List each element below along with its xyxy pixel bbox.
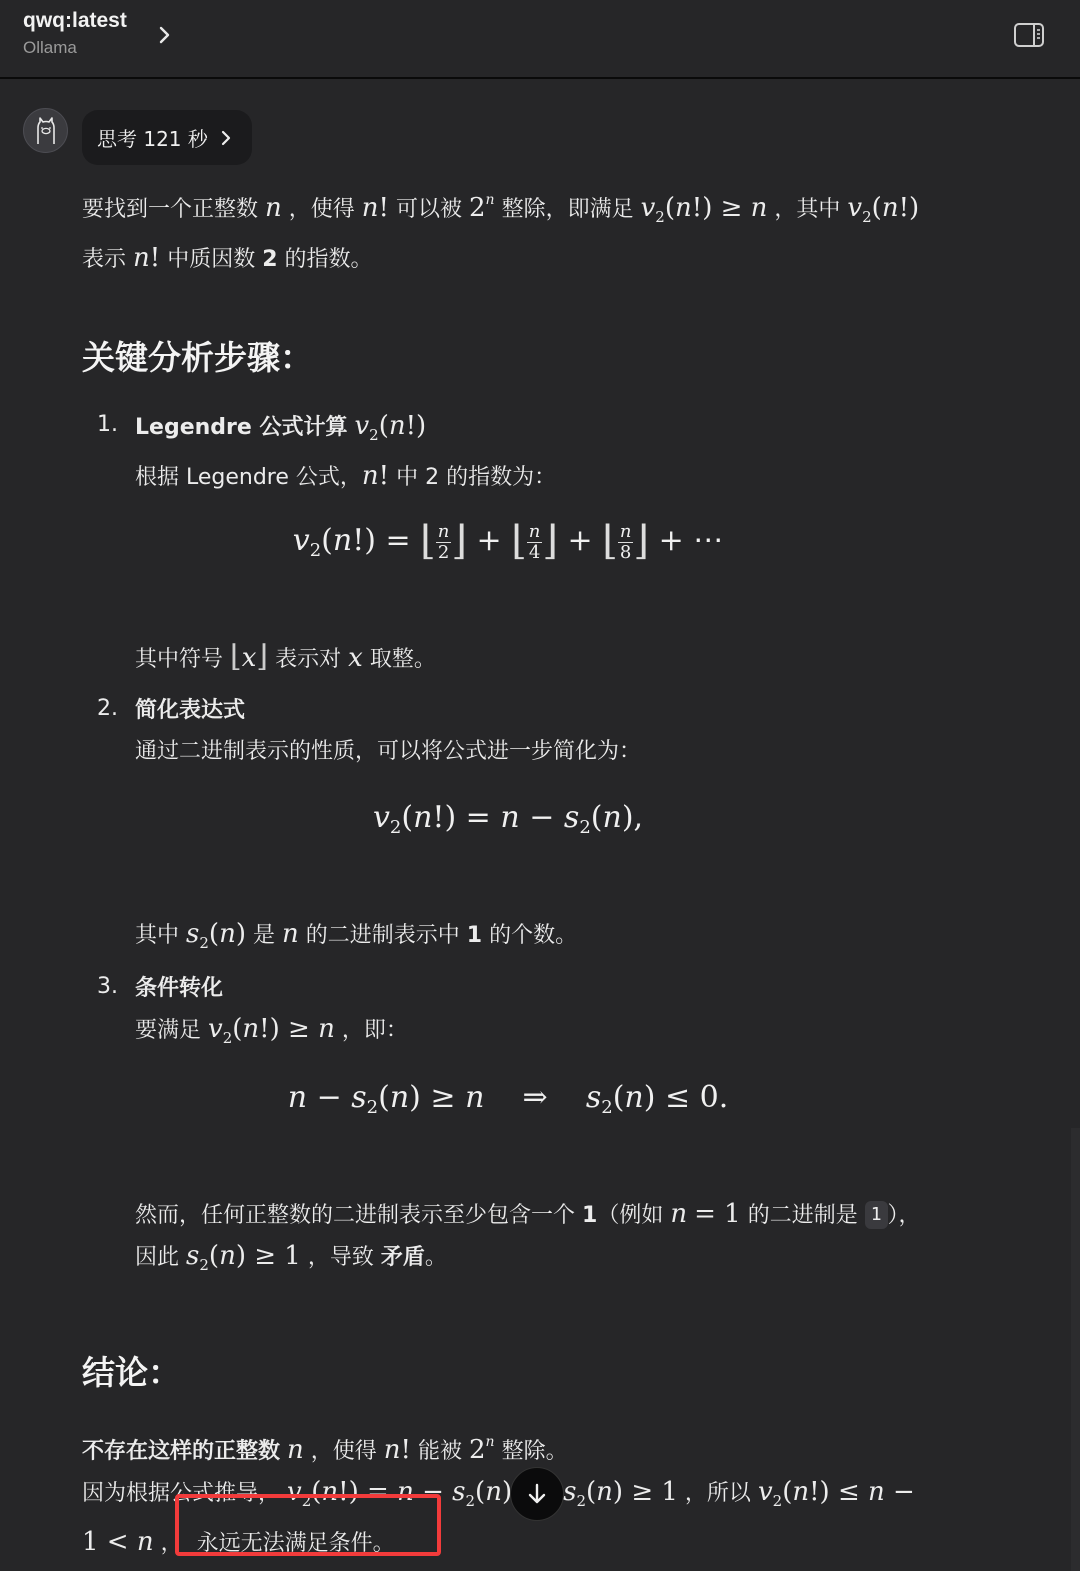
chat-header: qwq:latest Ollama xyxy=(0,0,1080,79)
step-number: 3. xyxy=(97,974,118,999)
step-title: 条件转化 xyxy=(135,976,223,1001)
step-3-note: 然而，任何正整数的二进制表示至少包含一个 1（例如 n = 1 的二进制是 1）… xyxy=(135,1194,1035,1286)
step-3: 条件转化 要满足 v2(n!) ≥ n ，即： xyxy=(135,968,1035,1059)
assistant-avatar xyxy=(23,108,68,153)
section-heading-conclusion: 结论： xyxy=(82,1347,181,1394)
scrollbar[interactable] xyxy=(1071,1128,1080,1571)
sidebar-toggle-icon[interactable] xyxy=(1013,22,1045,48)
step-1-note: 其中符号 ⌊x⌋ 表示对 x 取整。 xyxy=(135,636,436,680)
red-highlight-box xyxy=(175,1494,441,1556)
thinking-toggle-button[interactable]: 思考 121 秒 xyxy=(82,110,252,165)
formula-legendre: v2(n!) = ⌊n2⌋ + ⌊n4⌋ + ⌊n8⌋ + ⋯ xyxy=(0,518,1016,564)
scroll-to-bottom-button[interactable] xyxy=(510,1467,564,1521)
inline-code: 1 xyxy=(865,1201,888,1229)
formula-condition: n − s2(n) ≥ n ⇒ s2(n) ≤ 0. xyxy=(0,1080,1016,1118)
intro-paragraph: 要找到一个正整数 n ，使得 n! 可以被 2n 整除，即满足 v2(n!) ≥… xyxy=(82,180,1042,280)
arrow-down-icon xyxy=(527,1482,547,1506)
formula-simplified: v2(n!) = n − s2(n), xyxy=(0,800,1016,838)
step-1: Legendre 公式计算 v2(n!) 根据 Legendre 公式，n! 中… xyxy=(135,406,1035,498)
model-chevron-right-icon[interactable] xyxy=(154,22,176,48)
thinking-label: 思考 121 秒 xyxy=(97,123,208,152)
model-name[interactable]: qwq:latest xyxy=(23,9,127,33)
provider-name: Ollama xyxy=(23,38,77,58)
step-2: 简化表达式 通过二进制表示的性质，可以将公式进一步简化为： xyxy=(135,690,1035,772)
step-title: 简化表达式 xyxy=(135,698,245,723)
step-title: Legendre 公式计算 xyxy=(135,415,347,440)
step-number: 1. xyxy=(97,412,118,437)
step-2-note: 其中 s2(n) 是 n 的二进制表示中 1 的个数。 xyxy=(135,914,577,964)
chevron-right-icon xyxy=(220,129,232,147)
llama-icon xyxy=(33,116,59,146)
step-number: 2. xyxy=(97,696,118,721)
section-heading-key-steps: 关键分析步骤： xyxy=(82,332,313,379)
